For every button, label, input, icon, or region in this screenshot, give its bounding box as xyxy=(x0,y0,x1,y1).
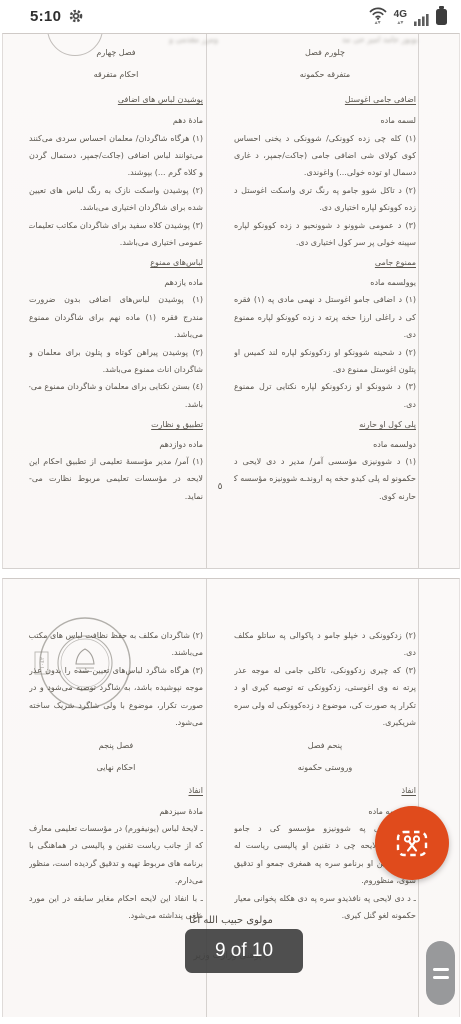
text-line: (١) هرگاه شاگردان/ معلمان احساس سردی می‌… xyxy=(29,130,203,147)
text-line: پنحم فصل xyxy=(234,737,416,754)
column-dari: فصل چهارماحکام متفرقهپوشیدن لباس های اضا… xyxy=(29,34,203,568)
text-line: می‌توانند لباس اضافی (جاکت/جمپر، دستمال … xyxy=(29,147,203,164)
text-line: (٢) د تاکل شوو جامو په رنگ تری واسکت اغو… xyxy=(234,182,416,199)
wifi-icon: ▴▾ xyxy=(369,7,387,26)
text-line: (٢) پوشیدن پیراهن کوتاه و پتلون برای معل… xyxy=(29,344,203,361)
signal-bars-icon xyxy=(414,11,429,26)
text-line: پرته نه وی اغوستی، زدکوونکی ته توصیه کیر… xyxy=(234,679,416,696)
text-line: ماده یازدهم xyxy=(29,274,203,291)
text-line: که از جانب ریاست تقنین و پالیسی در هماهن… xyxy=(29,837,203,854)
text-line: ماده دوازدهم xyxy=(29,436,203,453)
text-line: و کلاه گرم ...) بپوشند. xyxy=(29,164,203,181)
text-line: (٢) د شحینه شوونکو او زدکوونکو لپاره لند… xyxy=(234,344,416,361)
scan-page-number: ٥ xyxy=(203,482,237,492)
text-line: حارنه کوی. xyxy=(234,488,416,505)
text-line: انفاذ xyxy=(29,782,203,799)
page-indicator-label: 9 of 10 xyxy=(215,940,273,962)
text-line: انفاذ xyxy=(234,782,416,799)
text-line: دی. xyxy=(234,396,416,413)
text-line: پلی کول او حارنه xyxy=(234,416,416,433)
text-line: (٣) د عمومی شوونو د شوونحیو د زده کوونکو… xyxy=(234,217,416,234)
text-line: یوولسمه ماده xyxy=(234,274,416,291)
text-line: (٣) د شوونکو او زدکوونکو لپاره نکتایی تر… xyxy=(234,378,416,395)
text-line: کوی کولای شی اضافی جامی (جاکت/جمپر، د غا… xyxy=(234,147,416,164)
data-activity-arrows: ▴▾ xyxy=(397,20,403,26)
text-line: لایحه در مؤسسات تعلیمی مربوط نظارت می- xyxy=(29,470,203,487)
text-line: (٢) زدکوونکی د خپلو جامو د پاکوالی په سا… xyxy=(234,627,416,644)
text-line: تطبیق و نظارت xyxy=(29,416,203,433)
text-line: پوشیدن لباس های اضافی xyxy=(29,91,203,108)
svg-text:١٠٤٢: ١٠٤٢ xyxy=(40,657,46,669)
text-line: سپینه خولی پر سر کول اختیاری دی. xyxy=(234,234,416,251)
gear-icon xyxy=(69,9,83,23)
clock-time: 5:10 xyxy=(30,8,61,25)
text-line: عمومی اختیاری می‌باشد. xyxy=(29,234,203,251)
text-line: پتلون اغوستل ممنوع دی. xyxy=(234,361,416,378)
network-type-label: 4G xyxy=(394,10,407,20)
text-line: وروستی حکمونه xyxy=(234,759,416,776)
crop-screenshot-fab[interactable] xyxy=(375,806,449,880)
svg-text:د افغانستان اسلامی امارت ـ د پ: د افغانستان اسلامی امارت ـ د پوهنی وزارت… xyxy=(33,613,37,615)
battery-icon xyxy=(436,9,447,25)
network-type-indicator: 4G ▴▾ xyxy=(394,10,407,26)
text-line: تکرار په صورت کی، موضوع د زده‌کوونکی له … xyxy=(234,697,416,714)
text-line: ـ د دی لایحی په نافذیدو سره په دی هکله پ… xyxy=(234,890,416,907)
text-line: لباس‌های ممنوع xyxy=(29,254,203,271)
text-line: دی. xyxy=(234,326,416,343)
text-line: فصل پنجم xyxy=(29,737,203,754)
page-indicator-toast: 9 of 10 xyxy=(185,929,303,973)
text-line: (١) کله چی زده کوونکی/ شوونکی د یخنی احس… xyxy=(234,130,416,147)
text-line: (٣) پوشیدن کلاه سفید برای شاگردان مکاتب … xyxy=(29,217,203,234)
text-line: (١) پوشیدن لباس‌های اضافی بدون ضرورت xyxy=(29,291,203,308)
text-line: شاگردان اناث ممنوع می‌باشد. xyxy=(29,361,203,378)
text-line: زده کوونکو لپاره اختیاری دی. xyxy=(234,199,416,216)
text-line: فصل چهارم xyxy=(29,44,203,61)
text-line: (٣) که چیری زدکوونکی، تاکلی جامی له موجه… xyxy=(234,662,416,679)
page-rule-line xyxy=(418,34,419,568)
text-line: دولسمه ماده xyxy=(234,436,416,453)
status-bar: 5:10 ▴▾ 4G ▴▾ xyxy=(0,0,461,32)
text-line: دی. xyxy=(234,644,416,661)
text-line: لسمه ماده xyxy=(234,112,416,129)
data-activity-arrows: ▴▾ xyxy=(375,20,381,26)
fast-scroll-handle[interactable] xyxy=(426,941,455,1005)
document-page-1[interactable]: ومرر مقدمی و بوبور حامد امیر حی مد فصل چ… xyxy=(2,33,460,569)
text-line: دسمال او توده خولی...) واغوندی. xyxy=(234,164,416,181)
text-line: (٢) پوشیدن واسکت نازک به رنگ لباس های تع… xyxy=(29,182,203,199)
scissors-crop-icon xyxy=(394,826,430,860)
text-line: مادهٔ دهم xyxy=(29,112,203,129)
text-line: (١) د شوونیزی مؤسسی آمر/ مدیر د دی لایحی… xyxy=(234,453,416,470)
text-line: مادهٔ سیزدهم xyxy=(29,803,203,820)
text-line: (١) آمر/ مدیر مؤسسهٔ تعلیمی از تطبیق احک… xyxy=(29,453,203,470)
text-line: می‌باشد. xyxy=(29,326,203,343)
text-line: متفرقه حکمونه xyxy=(234,66,416,83)
text-line: برنامه های مربوط تهیه و تدقیق گردیده است… xyxy=(29,855,203,872)
text-line: شده برای شاگردان اختیاری می‌باشد. xyxy=(29,199,203,216)
text-line: کی د راغلی ارزا حخه پرته د زده کوونکو لپ… xyxy=(234,309,416,326)
text-line: چلورم فصل xyxy=(234,44,416,61)
text-line: اضافی جامی اغوستل xyxy=(234,91,416,108)
text-line: حکمونو له پلی کیدو حخه په اروندـه شوونیز… xyxy=(234,470,416,487)
handle-grip-line xyxy=(433,976,449,979)
text-line: (١) د اضافی جامو اغوستل د نهمی مادی په (… xyxy=(234,291,416,308)
text-line: ممنوع جامی xyxy=(234,254,416,271)
official-stamp-seal: د افغانستان اسلامی امارت ـ د پوهنی وزارت… xyxy=(33,613,133,713)
text-line: شریکیری. xyxy=(234,714,416,731)
text-line: مندرج فقره (١) ماده نهم برای شاگردان ممن… xyxy=(29,309,203,326)
text-line: شوی، منظوروم. xyxy=(234,872,416,889)
text-line: نماید. xyxy=(29,488,203,505)
text-line: (٤) بستن نکتایی برای معلمان و شاگردان مم… xyxy=(29,378,203,395)
handle-grip-line xyxy=(433,968,449,971)
text-line: ـ لایحهٔ لباس (یونیفورم) در مؤسسات تعلیم… xyxy=(29,820,203,837)
signature-name: مولوی حبیب الله آغا xyxy=(3,915,459,926)
column-pashto: چلورم فصلمتفرقه حکمونهاضافی جامی اغوستلل… xyxy=(234,34,416,568)
text-line: می‌شود. xyxy=(29,714,203,731)
text-line: باشد. xyxy=(29,396,203,413)
text-line: احکام متفرقه xyxy=(29,66,203,83)
text-line: می‌دارم. xyxy=(29,872,203,889)
text-line: ـ با انفاذ این لایحه احکام مغایر سابقه د… xyxy=(29,890,203,907)
text-line: احکام نهایی xyxy=(29,759,203,776)
